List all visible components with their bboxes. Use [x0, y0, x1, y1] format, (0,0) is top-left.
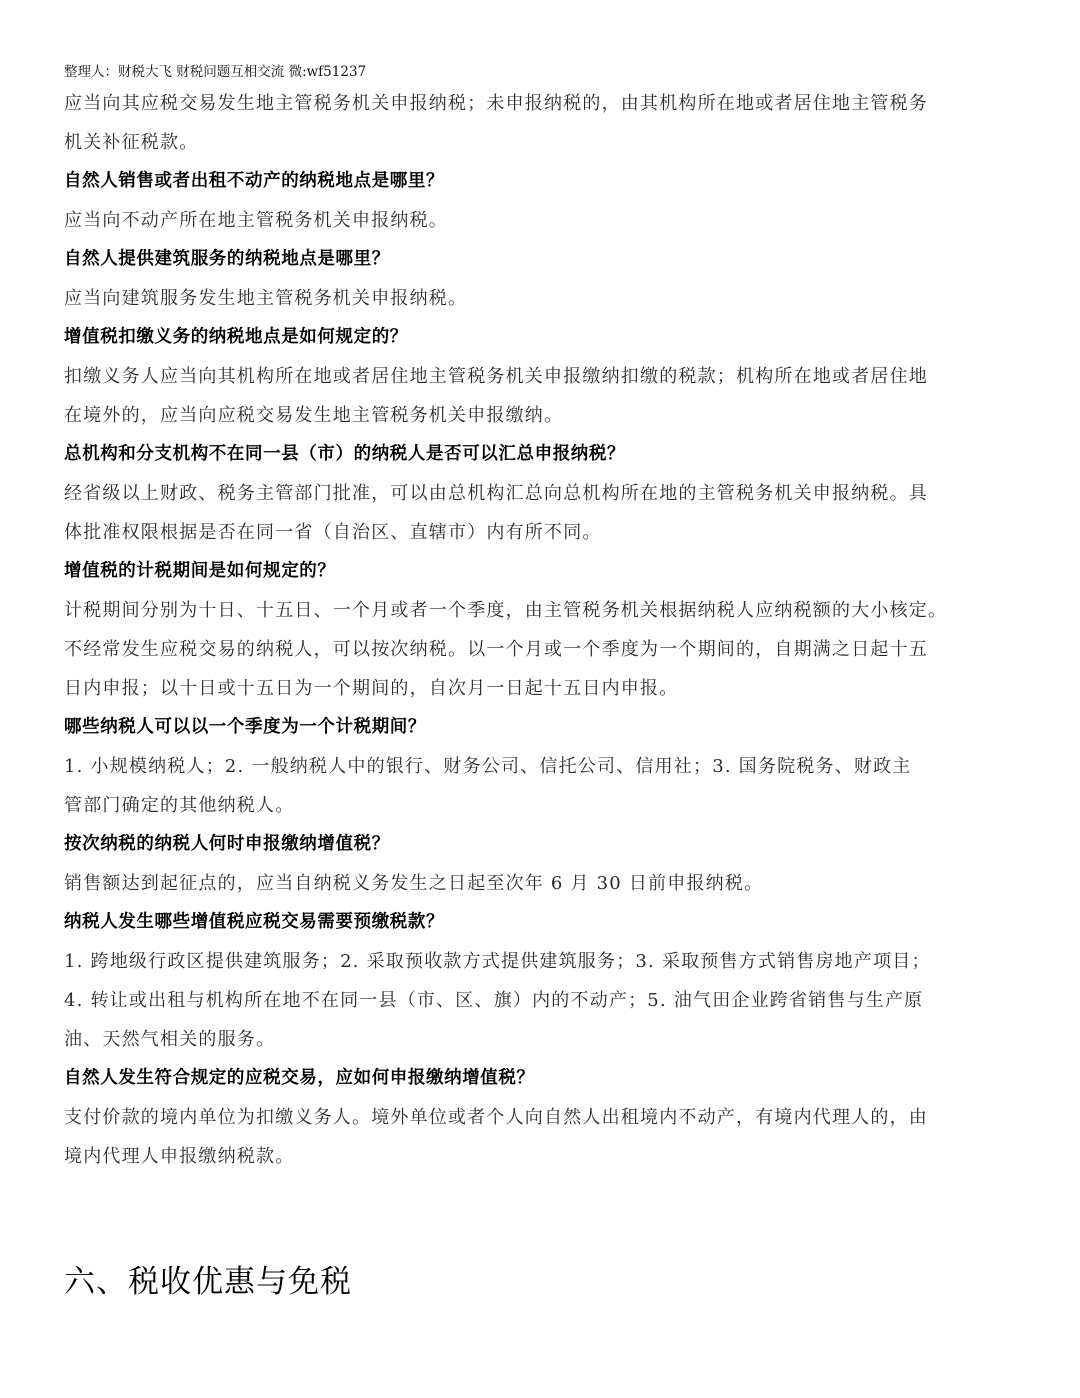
qa-item: 自然人提供建筑服务的纳税地点是哪里？ 应当向建筑服务发生地主管税务机关申报纳税。: [64, 240, 1024, 318]
answer-line: 境内代理人申报缴纳税款。: [64, 1137, 1024, 1176]
answer-line: 1. 跨地级行政区提供建筑服务；2. 采取预收款方式提供建筑服务；3. 采取预售…: [64, 942, 1024, 981]
answer-line: 在境外的，应当向应税交易发生地主管税务机关申报缴纳。: [64, 396, 1024, 435]
answer-line: 应当向不动产所在地主管税务机关申报纳税。: [64, 201, 1024, 240]
qa-item: 增值税扣缴义务的纳税地点是如何规定的？ 扣缴义务人应当向其机构所在地或者居住地主…: [64, 318, 1024, 435]
answer-line: 油、天然气相关的服务。: [64, 1020, 1024, 1059]
qa-item: 纳税人发生哪些增值税应税交易需要预缴税款？ 1. 跨地级行政区提供建筑服务；2.…: [64, 903, 1024, 1059]
question-heading: 自然人提供建筑服务的纳税地点是哪里？: [64, 240, 1024, 279]
qa-item: 总机构和分支机构不在同一县（市）的纳税人是否可以汇总申报纳税？ 经省级以上财政、…: [64, 435, 1024, 552]
answer-line: 4. 转让或出租与机构所在地不在同一县（市、区、旗）内的不动产；5. 油气田企业…: [64, 981, 1024, 1020]
answer-line: 日内申报；以十日或十五日为一个期间的，自次月一日起十五日内申报。: [64, 669, 1024, 708]
question-heading: 自然人发生符合规定的应税交易，应如何申报缴纳增值税？: [64, 1059, 1024, 1098]
answer-line: 应当向建筑服务发生地主管税务机关申报纳税。: [64, 279, 1024, 318]
qa-item: 按次纳税的纳税人何时申报缴纳增值税？ 销售额达到起征点的，应当自纳税义务发生之日…: [64, 825, 1024, 903]
question-heading: 按次纳税的纳税人何时申报缴纳增值税？: [64, 825, 1024, 864]
document-page: 整理人：财税大飞 财税问题互相交流 微:wf51237 应当向其应税交易发生地主…: [64, 62, 1024, 1176]
question-heading: 纳税人发生哪些增值税应税交易需要预缴税款？: [64, 903, 1024, 942]
answer-line: 不经常发生应税交易的纳税人，可以按次纳税。以一个月或一个季度为一个期间的，自期满…: [64, 630, 1024, 669]
question-heading: 哪些纳税人可以以一个季度为一个计税期间？: [64, 708, 1024, 747]
qa-item: 自然人销售或者出租不动产的纳税地点是哪里？ 应当向不动产所在地主管税务机关申报纳…: [64, 162, 1024, 240]
header-note: 整理人：财税大飞 财税问题互相交流 微:wf51237: [64, 62, 1024, 84]
question-heading: 增值税扣缴义务的纳税地点是如何规定的？: [64, 318, 1024, 357]
answer-line: 经省级以上财政、税务主管部门批准，可以由总机构汇总向总机构所在地的主管税务机关申…: [64, 474, 1024, 513]
section-title: 六、税收优惠与免税: [64, 1262, 352, 1302]
answer-line: 支付价款的境内单位为扣缴义务人。境外单位或者个人向自然人出租境内不动产，有境内代…: [64, 1098, 1024, 1137]
question-heading: 自然人销售或者出租不动产的纳税地点是哪里？: [64, 162, 1024, 201]
question-heading: 增值税的计税期间是如何规定的？: [64, 552, 1024, 591]
answer-line: 扣缴义务人应当向其机构所在地或者居住地主管税务机关申报缴纳扣缴的税款；机构所在地…: [64, 357, 1024, 396]
question-heading: 总机构和分支机构不在同一县（市）的纳税人是否可以汇总申报纳税？: [64, 435, 1024, 474]
qa-item: 增值税的计税期间是如何规定的？ 计税期间分别为十日、十五日、一个月或者一个季度，…: [64, 552, 1024, 708]
answer-line: 应当向其应税交易发生地主管税务机关申报纳税；未申报纳税的，由其机构所在地或者居住…: [64, 84, 1024, 123]
answer-line: 机关补征税款。: [64, 123, 1024, 162]
intro-continuation: 应当向其应税交易发生地主管税务机关申报纳税；未申报纳税的，由其机构所在地或者居住…: [64, 84, 1024, 162]
answer-line: 计税期间分别为十日、十五日、一个月或者一个季度，由主管税务机关根据纳税人应纳税额…: [64, 591, 1024, 630]
qa-item: 哪些纳税人可以以一个季度为一个计税期间？ 1. 小规模纳税人；2. 一般纳税人中…: [64, 708, 1024, 825]
qa-item: 自然人发生符合规定的应税交易，应如何申报缴纳增值税？ 支付价款的境内单位为扣缴义…: [64, 1059, 1024, 1176]
answer-line: 1. 小规模纳税人；2. 一般纳税人中的银行、财务公司、信托公司、信用社；3. …: [64, 747, 1024, 786]
answer-line: 体批准权限根据是否在同一省（自治区、直辖市）内有所不同。: [64, 513, 1024, 552]
answer-line: 管部门确定的其他纳税人。: [64, 786, 1024, 825]
answer-line: 销售额达到起征点的，应当自纳税义务发生之日起至次年 6 月 30 日前申报纳税。: [64, 864, 1024, 903]
